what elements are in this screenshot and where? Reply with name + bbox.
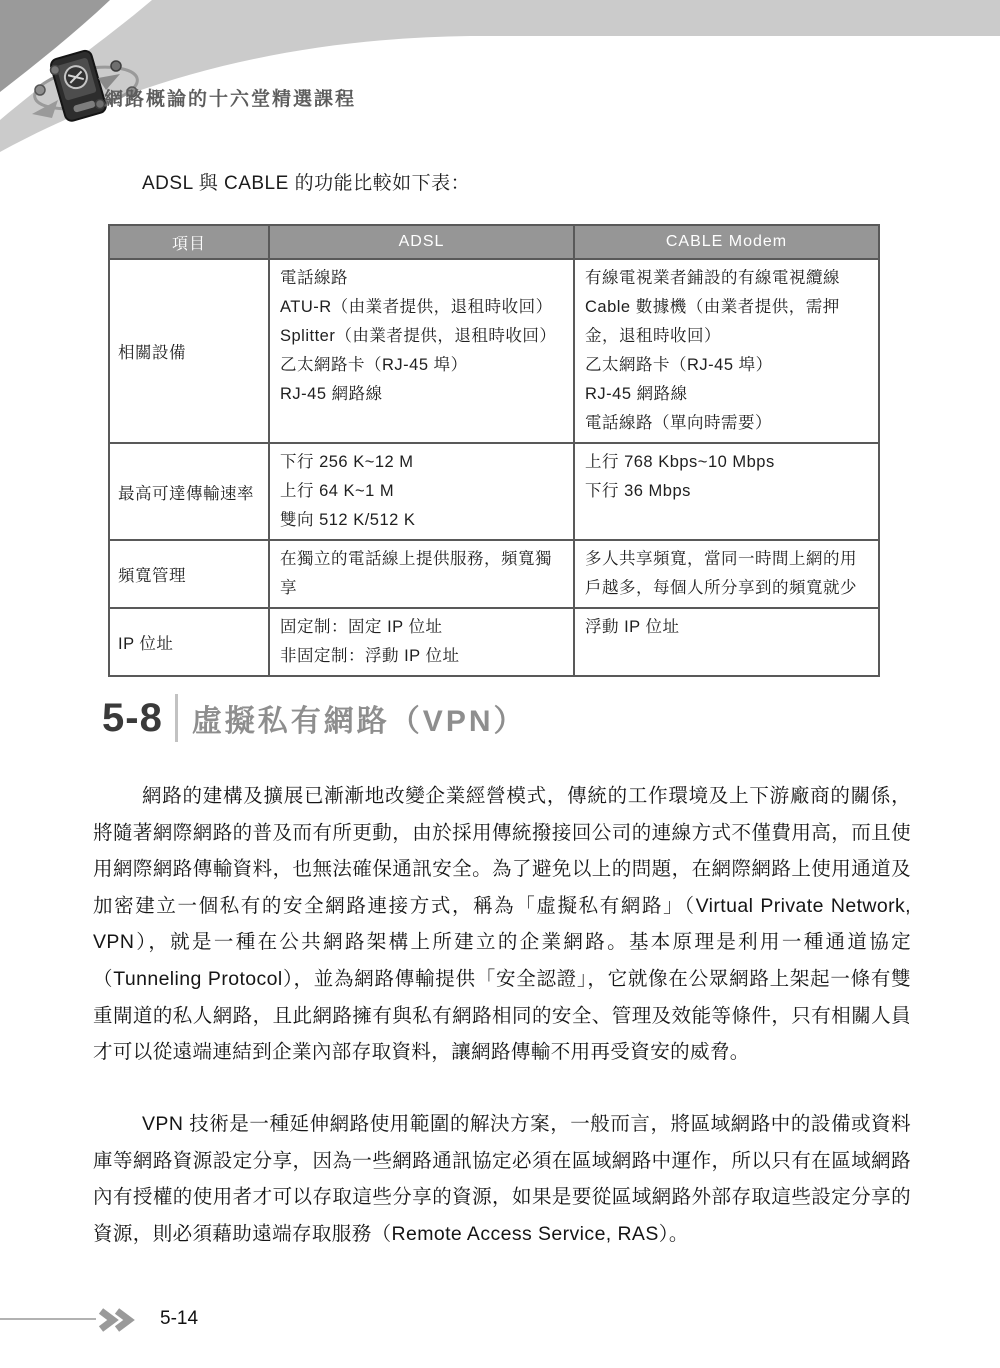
body-paragraph-1: 網路的建構及擴展已漸漸地改變企業經營模式，傳統的工作環境及上下游廠商的關係，將隨… [93, 778, 911, 1071]
cell-line: 電話線路 [280, 264, 565, 293]
row-label: 最高可達傳輸速率 [109, 443, 269, 540]
section-heading: 5-8 虛擬私有網路（VPN） [102, 694, 527, 742]
cable-cell: 有線電視業者鋪設的有線電視纜線Cable 數據機（由業者提供，需押金，退租時收回… [574, 259, 879, 443]
cable-cell: 上行 768 Kbps~10 Mbps下行 36 Mbps [574, 443, 879, 540]
row-label: IP 位址 [109, 608, 269, 676]
cell-line: 電話線路（單向時需要） [585, 409, 870, 438]
body-paragraph-2: VPN 技術是一種延伸網路使用範圍的解決方案，一般而言，將區域網路中的設備或資料… [93, 1106, 911, 1252]
cell-line: Splitter（由業者提供，退租時收回） [280, 322, 565, 351]
cell-line: 上行 64 K~1 M [280, 477, 565, 506]
column-header-cable-modem: CABLE Modem [574, 225, 879, 259]
cell-line: 乙太網路卡（RJ-45 埠） [280, 351, 565, 380]
table-row: 最高可達傳輸速率下行 256 K~12 M上行 64 K~1 M雙向 512 K… [109, 443, 879, 540]
adsl-cell: 電話線路ATU-R（由業者提供，退租時收回）Splitter（由業者提供，退租時… [269, 259, 574, 443]
cell-line: 下行 256 K~12 M [280, 448, 565, 477]
table-intro-text: ADSL 與 CABLE 的功能比較如下表： [142, 168, 470, 195]
row-label: 相關設備 [109, 259, 269, 443]
cell-line: 下行 36 Mbps [585, 477, 870, 506]
cell-line: 乙太網路卡（RJ-45 埠） [585, 351, 870, 380]
cell-line: 固定制：固定 IP 位址 [280, 613, 565, 642]
adsl-cable-comparison-table: 項目 ADSL CABLE Modem 相關設備電話線路ATU-R（由業者提供，… [108, 224, 880, 677]
table-header-row: 項目 ADSL CABLE Modem [109, 225, 879, 259]
column-header-adsl: ADSL [269, 225, 574, 259]
table-row: 相關設備電話線路ATU-R（由業者提供，退租時收回）Splitter（由業者提供… [109, 259, 879, 443]
cell-line: RJ-45 網路線 [585, 380, 870, 409]
page-number: 5-14 [160, 1308, 198, 1330]
page-footer: 5-14 [0, 1305, 300, 1345]
footer-rule-line [0, 1318, 96, 1320]
table-row: 頻寬管理在獨立的電話線上提供服務，頻寬獨享多人共享頻寬，當同一時間上網的用戶越多… [109, 540, 879, 608]
row-label: 頻寬管理 [109, 540, 269, 608]
book-page: 網路概論的十六堂精選課程 ADSL 與 CABLE 的功能比較如下表： 項目 A… [0, 0, 1000, 1368]
adsl-cell: 固定制：固定 IP 位址非固定制：浮動 IP 位址 [269, 608, 574, 676]
cable-cell: 浮動 IP 位址 [574, 608, 879, 676]
adsl-cell: 在獨立的電話線上提供服務，頻寬獨享 [269, 540, 574, 608]
cell-line: Cable 數據機（由業者提供，需押金，退租時收回） [585, 293, 870, 351]
table-row: IP 位址固定制：固定 IP 位址非固定制：浮動 IP 位址浮動 IP 位址 [109, 608, 879, 676]
cell-line: 非固定制：浮動 IP 位址 [280, 642, 565, 671]
cable-cell: 多人共享頻寬，當同一時間上網的用戶越多，每個人所分享到的頻寬就少 [574, 540, 879, 608]
cell-line: ATU-R（由業者提供，退租時收回） [280, 293, 565, 322]
cell-line: 多人共享頻寬，當同一時間上網的用戶越多，每個人所分享到的頻寬就少 [585, 545, 870, 603]
cell-line: RJ-45 網路線 [280, 380, 565, 409]
cell-line: 雙向 512 K/512 K [280, 506, 565, 535]
cell-line: 有線電視業者鋪設的有線電視纜線 [585, 264, 870, 293]
book-title: 網路概論的十六堂精選課程 [104, 84, 356, 111]
section-number: 5-8 [102, 696, 163, 741]
double-chevron-icon [97, 1305, 139, 1335]
heading-divider [175, 694, 178, 742]
section-title: 虛擬私有網路（VPN） [192, 696, 527, 740]
column-header-item: 項目 [109, 225, 269, 259]
cell-line: 上行 768 Kbps~10 Mbps [585, 448, 870, 477]
cell-line: 浮動 IP 位址 [585, 613, 870, 642]
comparison-table-body: 相關設備電話線路ATU-R（由業者提供，退租時收回）Splitter（由業者提供… [109, 259, 879, 676]
cell-line: 在獨立的電話線上提供服務，頻寬獨享 [280, 545, 565, 603]
adsl-cell: 下行 256 K~12 M上行 64 K~1 M雙向 512 K/512 K [269, 443, 574, 540]
